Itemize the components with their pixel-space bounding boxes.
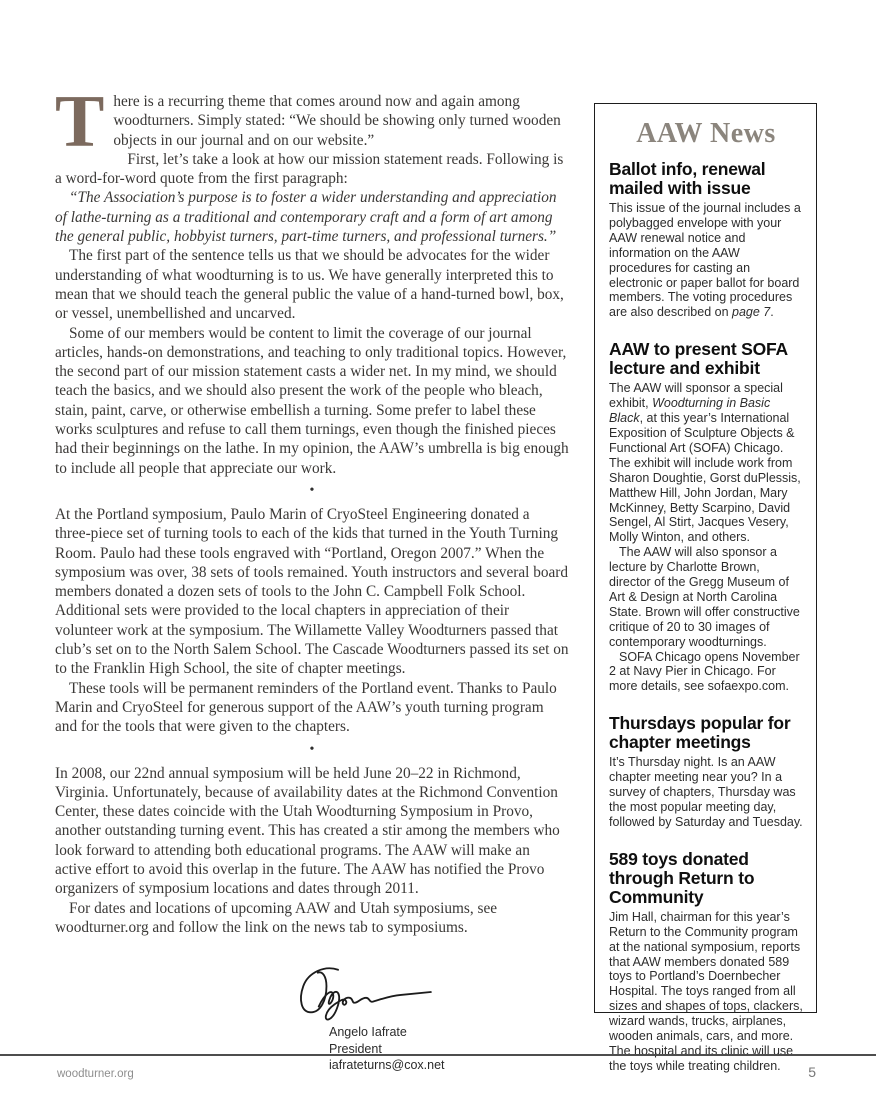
footer-rule: [0, 1054, 876, 1056]
news-heading: Thursdays popular for chapter meetings: [609, 714, 803, 752]
article-paragraph: In 2008, our 22nd annual symposium will …: [55, 764, 569, 899]
news-paragraph: It’s Thursday night. Is an AAW chapter m…: [609, 755, 803, 830]
news-paragraph: SOFA Chicago opens November 2 at Navy Pi…: [609, 650, 803, 695]
news-heading: 589 toys donated through Return to Commu…: [609, 850, 803, 907]
news-heading: AAW to present SOFA lecture and exhibit: [609, 340, 803, 378]
footer-site-text: woodturner.org: [57, 1068, 134, 1080]
article-paragraph: There is a recurring theme that comes ar…: [55, 92, 569, 150]
section-separator-bullet: •: [55, 484, 569, 498]
section-separator-bullet: •: [55, 743, 569, 757]
mission-statement-quote: “The Association’s purpose is to foster …: [55, 188, 569, 246]
magazine-page: There is a recurring theme that comes ar…: [0, 0, 876, 1120]
article-paragraph: First, let’s take a look at how our miss…: [55, 150, 569, 189]
paragraph-text: here is a recurring theme that comes aro…: [113, 93, 560, 149]
news-paragraph: The AAW will also sponsor a lecture by C…: [609, 545, 803, 649]
sidebar-title: AAW News: [609, 118, 803, 150]
news-paragraph: The AAW will sponsor a special exhibit, …: [609, 381, 803, 545]
article-column: There is a recurring theme that comes ar…: [55, 92, 569, 1074]
article-paragraph: Some of our members would be content to …: [55, 324, 569, 478]
news-paragraph: This issue of the journal includes a pol…: [609, 201, 803, 320]
news-section-sofa: AAW to present SOFA lecture and exhibit …: [609, 340, 803, 694]
article-paragraph: For dates and locations of upcoming AAW …: [55, 899, 569, 938]
signatory-email: iafrateturns@cox.net: [329, 1057, 569, 1074]
article-paragraph: These tools will be permanent reminders …: [55, 679, 569, 737]
article-paragraph: The first part of the sentence tells us …: [55, 246, 569, 323]
signature-image: [293, 963, 445, 1021]
news-section-toys: 589 toys donated through Return to Commu…: [609, 850, 803, 1074]
page-number: 5: [808, 1064, 816, 1080]
signature-lines: Angelo Iafrate President iafrateturns@co…: [329, 1024, 569, 1074]
signatory-name: Angelo Iafrate: [329, 1024, 569, 1041]
news-section-thursdays: Thursdays popular for chapter meetings I…: [609, 714, 803, 830]
signature-block: Angelo Iafrate President iafrateturns@co…: [293, 963, 569, 1074]
article-paragraph: At the Portland symposium, Paulo Marin o…: [55, 505, 569, 679]
drop-cap: T: [55, 95, 104, 150]
news-section-ballot: Ballot info, renewal mailed with issue T…: [609, 160, 803, 320]
news-heading: Ballot info, renewal mailed with issue: [609, 160, 803, 198]
aaw-news-sidebar: AAW News Ballot info, renewal mailed wit…: [594, 103, 817, 1013]
news-paragraph: Jim Hall, chairman for this year’s Retur…: [609, 910, 803, 1074]
